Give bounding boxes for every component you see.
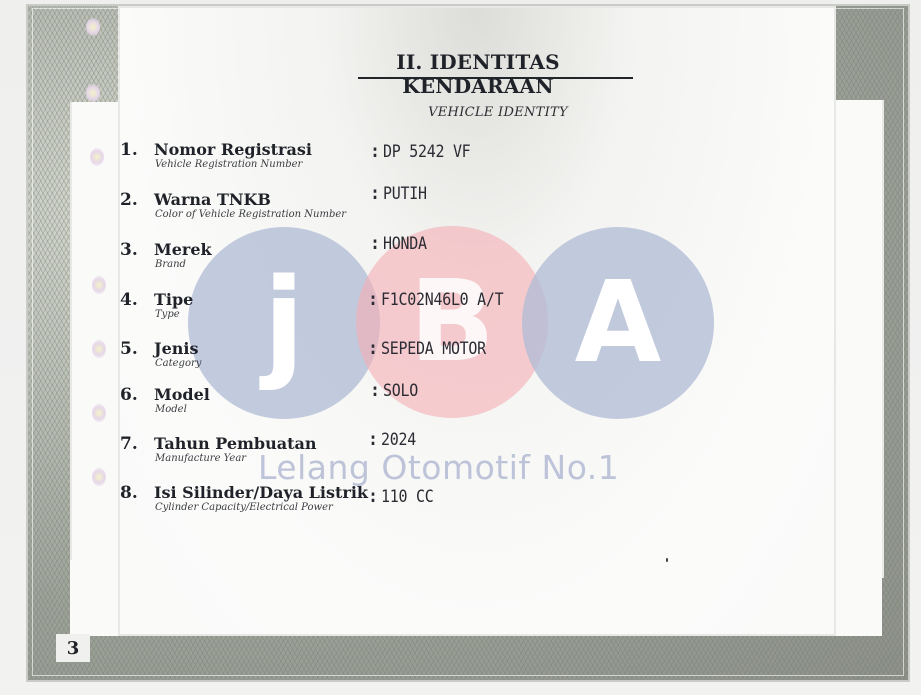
hologram-mark xyxy=(92,404,106,422)
field-label: Jenis xyxy=(154,339,198,358)
section-title: II. IDENTITAS KENDARAAN xyxy=(318,50,638,98)
hologram-mark xyxy=(90,148,104,166)
hologram-mark xyxy=(86,18,100,36)
field-value: :PUTIH xyxy=(372,184,427,204)
field-sublabel: Brand xyxy=(155,259,186,270)
hologram-mark xyxy=(86,84,100,102)
watermark-letter: B xyxy=(409,257,494,387)
field-number: 5. xyxy=(120,339,138,359)
watermark-tagline: Lelang Otomotif No.1 xyxy=(258,448,619,487)
document-page: j B A II. IDENTITAS KENDARAAN VEHICLE ID… xyxy=(0,0,921,695)
field-number: 3. xyxy=(120,240,138,260)
field-sublabel: Type xyxy=(155,309,180,320)
field-value: :2024 xyxy=(370,430,416,450)
page-number: 3 xyxy=(56,634,90,662)
field-value-text: DP 5242 VF xyxy=(383,142,470,162)
field-number: 7. xyxy=(120,434,138,454)
field-sublabel: Model xyxy=(155,404,187,415)
field-label: Merek xyxy=(154,240,212,259)
field-colon: : xyxy=(372,184,378,204)
field-value: :SEPEDA MOTOR xyxy=(370,339,486,359)
field-value-text: SOLO xyxy=(383,381,418,401)
field-sublabel: Cylinder Capacity/Electrical Power xyxy=(155,502,333,513)
hologram-mark xyxy=(92,468,106,486)
hologram-mark xyxy=(92,340,106,358)
field-sublabel: Manufacture Year xyxy=(155,453,246,464)
ink-speck xyxy=(666,558,668,562)
field-value-text: SEPEDA MOTOR xyxy=(381,339,486,359)
field-number: 1. xyxy=(120,140,138,160)
field-colon: : xyxy=(372,142,378,162)
field-colon: : xyxy=(370,430,376,450)
field-value-text: 110 CC xyxy=(381,487,433,507)
field-value-text: F1C02N46L0 A/T xyxy=(381,290,503,310)
field-value-text: 2024 xyxy=(381,430,416,450)
title-underline xyxy=(358,77,633,79)
watermark-logo-j: j xyxy=(188,227,380,419)
field-number: 6. xyxy=(120,385,138,405)
page-number-text: 3 xyxy=(67,638,80,659)
field-value: :DP 5242 VF xyxy=(372,142,470,162)
field-number: 8. xyxy=(120,483,138,503)
field-number: 4. xyxy=(120,290,138,310)
field-label: Nomor Registrasi xyxy=(154,140,312,159)
field-colon: : xyxy=(370,487,376,507)
watermark-letter: A xyxy=(575,258,662,388)
field-sublabel: Color of Vehicle Registration Number xyxy=(155,209,346,220)
field-colon: : xyxy=(370,339,376,359)
field-value: :SOLO xyxy=(372,381,418,401)
field-value-text: PUTIH xyxy=(383,184,427,204)
field-value-text: HONDA xyxy=(383,234,427,254)
section-subtitle: VEHICLE IDENTITY xyxy=(358,105,638,120)
field-value: :HONDA xyxy=(372,234,427,254)
section-header: II. IDENTITAS KENDARAAN VEHICLE IDENTITY xyxy=(318,50,638,120)
field-sublabel: Category xyxy=(155,358,201,369)
field-value: :110 CC xyxy=(370,487,433,507)
field-sublabel: Vehicle Registration Number xyxy=(155,159,302,170)
field-colon: : xyxy=(370,290,376,310)
watermark-letter: j xyxy=(263,254,304,393)
field-number: 2. xyxy=(120,190,138,210)
watermark-logo-a: A xyxy=(522,227,714,419)
field-label: Warna TNKB xyxy=(154,190,271,209)
field-colon: : xyxy=(372,381,378,401)
field-label: Tipe xyxy=(154,290,193,309)
hologram-mark xyxy=(92,276,106,294)
field-colon: : xyxy=(372,234,378,254)
field-value: :F1C02N46L0 A/T xyxy=(370,290,503,310)
field-label: Model xyxy=(154,385,210,404)
